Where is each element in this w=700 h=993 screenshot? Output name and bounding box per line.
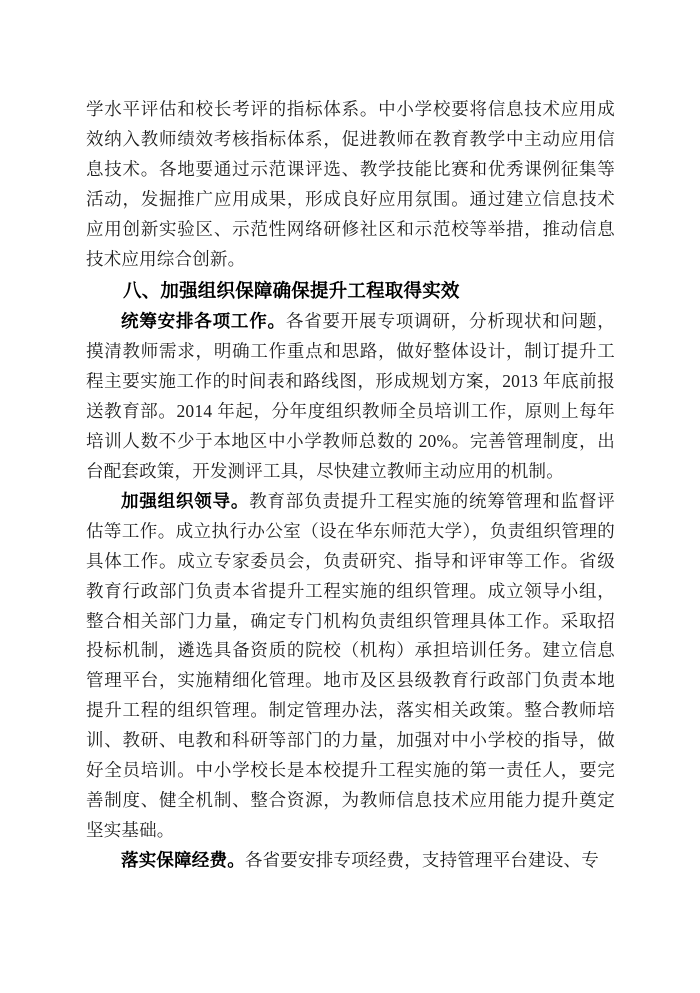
document-page: 学水平评估和校长考评的指标体系。中小学校要将信息技术应用成效纳入教师绩效考核指标…: [0, 0, 700, 993]
section-heading: 八、加强组织保障确保提升工程取得实效: [86, 276, 615, 306]
paragraph-organization-leadership: 加强组织领导。教育部负责提升工程实施的统筹管理和监督评估等工作。成立执行办公室（…: [86, 487, 615, 846]
paragraph-overall-planning: 统筹安排各项工作。各省要开展专项调研，分析现状和问题，摸清教师需求，明确工作重点…: [86, 307, 615, 486]
paragraph-continuation: 学水平评估和校长考评的指标体系。中小学校要将信息技术应用成效纳入教师绩效考核指标…: [86, 95, 615, 274]
paragraph-organization-leadership-lead: 加强组织领导。: [121, 491, 249, 511]
paragraph-overall-planning-lead: 统筹安排各项工作。: [121, 311, 286, 331]
paragraph-funding-guarantee-text: 各省要安排专项经费，支持管理平台建设、专: [245, 850, 599, 870]
paragraph-continuation-text: 学水平评估和校长考评的指标体系。中小学校要将信息技术应用成效纳入教师绩效考核指标…: [86, 99, 615, 269]
paragraph-organization-leadership-text: 教育部负责提升工程实施的统筹管理和监督评估等工作。成立执行办公室（设在华东师范大…: [86, 491, 615, 840]
document-content: 学水平评估和校长考评的指标体系。中小学校要将信息技术应用成效纳入教师绩效考核指标…: [86, 95, 615, 876]
paragraph-funding-guarantee: 落实保障经费。各省要安排专项经费，支持管理平台建设、专: [86, 846, 615, 876]
paragraph-funding-guarantee-lead: 落实保障经费。: [121, 850, 245, 870]
paragraph-overall-planning-text: 各省要开展专项调研，分析现状和问题，摸清教师需求，明确工作重点和思路，做好整体设…: [86, 311, 615, 481]
